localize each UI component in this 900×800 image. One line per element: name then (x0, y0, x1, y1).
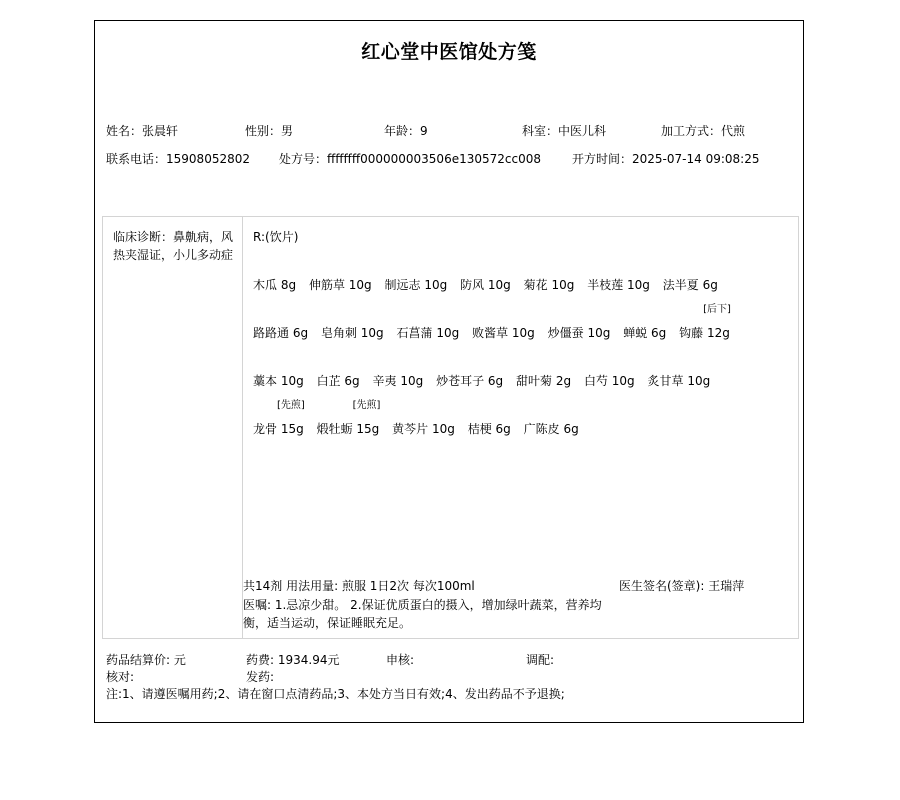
label: 临床诊断： (113, 230, 173, 244)
patient-gender: 性别：男 (245, 123, 293, 139)
process-method: 加工方式：代煎 (661, 123, 745, 139)
label: 年龄： (384, 124, 420, 138)
herb-note: [先煎] (277, 398, 305, 414)
herb-item: 制远志 10g (385, 277, 448, 293)
issue-field: 发药: (246, 669, 274, 685)
rx-header: R:(饮片) (253, 229, 298, 245)
herb-item: 蝉蜕 6g (623, 325, 666, 341)
label: 加工方式： (661, 124, 721, 138)
check-field: 核对: (106, 669, 134, 685)
herb-item: [先煎]龙骨 15g (253, 421, 304, 437)
value: ffffffff000000003506e130572cc008 (327, 152, 541, 166)
value: 2025-07-14 09:08:25 (632, 152, 759, 166)
value: 张晨轩 (142, 124, 178, 138)
label: 性别： (245, 124, 281, 138)
review-field: 申核: (386, 652, 414, 668)
herb-row-2: 路路通 6g 皂角刺 10g 石菖蒲 10g 败酱草 10g 炒僵蚕 10g 蝉… (253, 325, 739, 341)
herb-item: 皂角刺 10g (321, 325, 384, 341)
medical-advice: 医嘱: 1.忌凉少甜。 2.保证优质蛋白的摄入，增加绿叶蔬菜，营养均衡，适当运动… (243, 596, 623, 632)
herb-item: 辛夷 10g (373, 373, 424, 389)
value: 王瑞萍 (708, 579, 744, 593)
herb-item: 路路通 6g (253, 325, 308, 341)
label: 科室： (522, 124, 558, 138)
prescription-sheet: 红心堂中医馆处方笺 姓名：张晨轩 性别：男 年龄：9 科室：中医儿科 加工方式：… (94, 20, 804, 723)
value: 9 (420, 124, 428, 138)
herb-item: 甜叶菊 2g (516, 373, 571, 389)
label: 联系电话： (106, 152, 166, 166)
herb-row-3: 藁本 10g 白芷 6g 辛夷 10g 炒苍耳子 6g 甜叶菊 2g 白芍 10… (253, 373, 719, 389)
herb-item: 黄芩片 10g (392, 421, 455, 437)
herb-item: 炒苍耳子 6g (436, 373, 503, 389)
herb-row-4: [先煎]龙骨 15g [先煎]煅牡蛎 15g 黄芩片 10g 桔梗 6g 广陈皮… (253, 421, 588, 437)
prescription-number: 处方号：ffffffff000000003506e130572cc008 (279, 151, 541, 167)
patient-name: 姓名：张晨轩 (106, 123, 178, 139)
label: 医生签名(签章): (619, 579, 708, 593)
prescription-box: 临床诊断：鼻鼽病，风热夹湿证，小儿多动症 R:(饮片) 木瓜 8g 伸筋草 10… (102, 216, 799, 639)
value: 中医儿科 (558, 124, 606, 138)
prescription-time: 开方时间：2025-07-14 09:08:25 (572, 151, 759, 167)
herb-note: [先煎] (353, 398, 381, 414)
herb-item: 菊花 10g (524, 277, 575, 293)
herb-item: 败酱草 10g (472, 325, 535, 341)
herb-item: 藁本 10g (253, 373, 304, 389)
label: 处方号： (279, 152, 327, 166)
herb-item: [后下]钩藤 12g (679, 325, 730, 341)
doctor-signature: 医生签名(签章): 王瑞萍 (619, 578, 744, 594)
herb-item: 法半夏 6g (663, 277, 718, 293)
herb-item: 石菖蒲 10g (397, 325, 460, 341)
herb-item: [先煎]煅牡蛎 15g (317, 421, 380, 437)
footer-notice: 注:1、请遵医嘱用药;2、请在窗口点清药品;3、本处方当日有效;4、发出药品不予… (106, 686, 565, 702)
page-title: 红心堂中医馆处方笺 (95, 37, 803, 64)
herb-item: 防风 10g (460, 277, 511, 293)
herb-item: 半枝莲 10g (587, 277, 650, 293)
patient-phone: 联系电话：15908052802 (106, 151, 250, 167)
label: 姓名： (106, 124, 142, 138)
drug-fee: 药费: 1934.94元 (246, 652, 339, 668)
patient-dept: 科室：中医儿科 (522, 123, 606, 139)
herb-item: 伸筋草 10g (309, 277, 372, 293)
clinical-diagnosis: 临床诊断：鼻鼽病，风热夹湿证，小儿多动症 (113, 228, 237, 264)
herb-item: 广陈皮 6g (524, 421, 579, 437)
herb-item: 炙甘草 10g (648, 373, 711, 389)
herb-item: 炒僵蚕 10g (548, 325, 611, 341)
herb-note: [后下] (703, 302, 731, 318)
dispense-field: 调配: (526, 652, 554, 668)
herb-item: 桔梗 6g (468, 421, 511, 437)
diagnosis-column: 临床诊断：鼻鼽病，风热夹湿证，小儿多动症 (103, 217, 243, 638)
herb-row-1: 木瓜 8g 伸筋草 10g 制远志 10g 防风 10g 菊花 10g 半枝莲 … (253, 277, 727, 293)
label: 开方时间： (572, 152, 632, 166)
settle-price: 药品结算价: 元 (106, 652, 186, 668)
value: 男 (281, 124, 293, 138)
herb-item: 木瓜 8g (253, 277, 296, 293)
herb-item: 白芷 6g (317, 373, 360, 389)
patient-age: 年龄：9 (384, 123, 428, 139)
usage-instructions: 共14剂 用法用量: 煎服 1日2次 每次100ml (243, 578, 475, 594)
herb-item: 白芍 10g (584, 373, 635, 389)
value: 代煎 (721, 124, 745, 138)
value: 15908052802 (166, 152, 250, 166)
